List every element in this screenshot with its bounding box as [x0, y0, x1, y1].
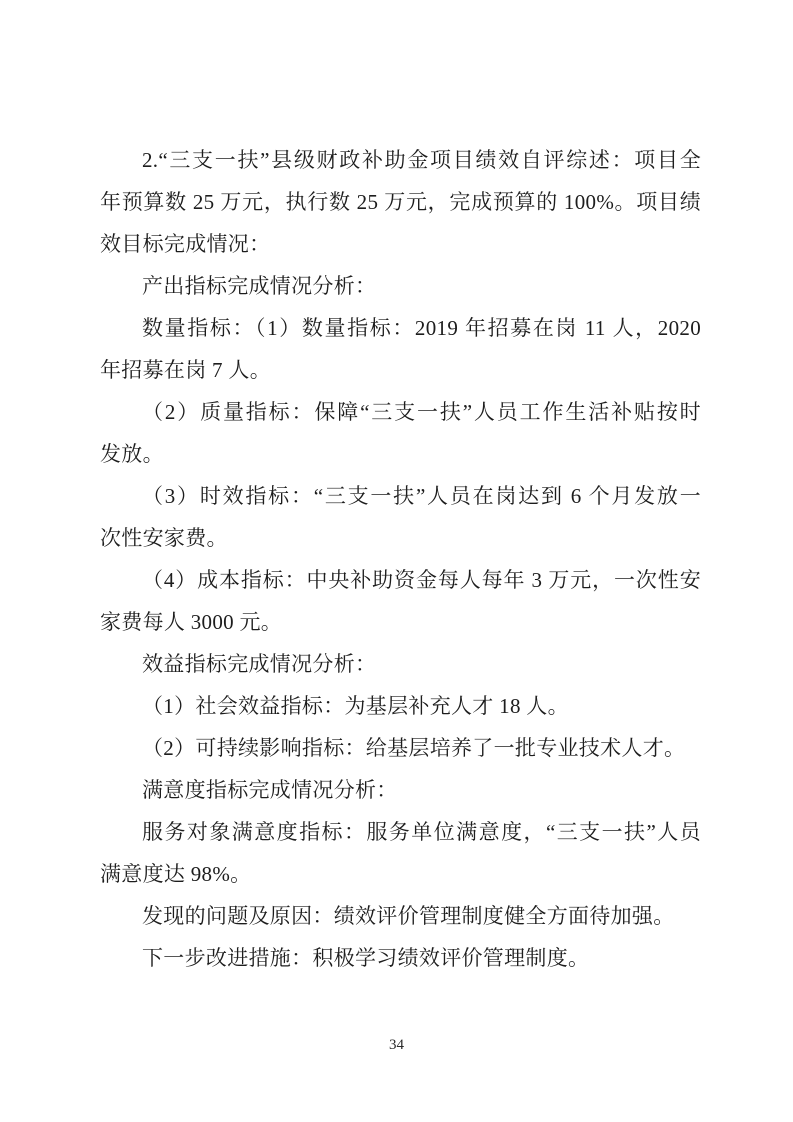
text-line: 发现的问题及原因：绩效评价管理制度健全方面待加强。	[100, 895, 701, 937]
text-line: 年招募在岗 7 人。	[100, 349, 701, 391]
text-line: 年预算数 25 万元，执行数 25 万元，完成预算的 100%。项目绩	[100, 181, 701, 223]
text-line: （1）社会效益指标：为基层补充人才 18 人。	[100, 685, 701, 727]
text-line: （4）成本指标：中央补助资金每人每年 3 万元，一次性安	[100, 559, 701, 601]
text-line: 家费每人 3000 元。	[100, 601, 701, 643]
text-line: 服务对象满意度指标：服务单位满意度，“三支一扶”人员	[100, 811, 701, 853]
text-line: 下一步改进措施：积极学习绩效评价管理制度。	[100, 937, 701, 979]
text-line: 产出指标完成情况分析：	[100, 265, 701, 307]
text-line: 次性安家费。	[100, 517, 701, 559]
text-line: 发放。	[100, 433, 701, 475]
text-line: 效目标完成情况：	[100, 223, 701, 265]
text-line: （2）质量指标：保障“三支一扶”人员工作生活补贴按时	[100, 391, 701, 433]
page-number: 34	[0, 1034, 793, 1056]
text-line: 效益指标完成情况分析：	[100, 643, 701, 685]
text-line: 2.“三支一扶”县级财政补助金项目绩效自评综述：项目全	[100, 139, 701, 181]
document-body: 2.“三支一扶”县级财政补助金项目绩效自评综述：项目全 年预算数 25 万元，执…	[100, 139, 701, 979]
text-line: 满意度指标完成情况分析：	[100, 769, 701, 811]
text-line: （2）可持续影响指标：给基层培养了一批专业技术人才。	[100, 727, 701, 769]
text-line: （3）时效指标：“三支一扶”人员在岗达到 6 个月发放一	[100, 475, 701, 517]
text-line: 数量指标：（1）数量指标：2019 年招募在岗 11 人，2020	[100, 307, 701, 349]
text-line: 满意度达 98%。	[100, 853, 701, 895]
document-page: 2.“三支一扶”县级财政补助金项目绩效自评综述：项目全 年预算数 25 万元，执…	[0, 0, 793, 1122]
